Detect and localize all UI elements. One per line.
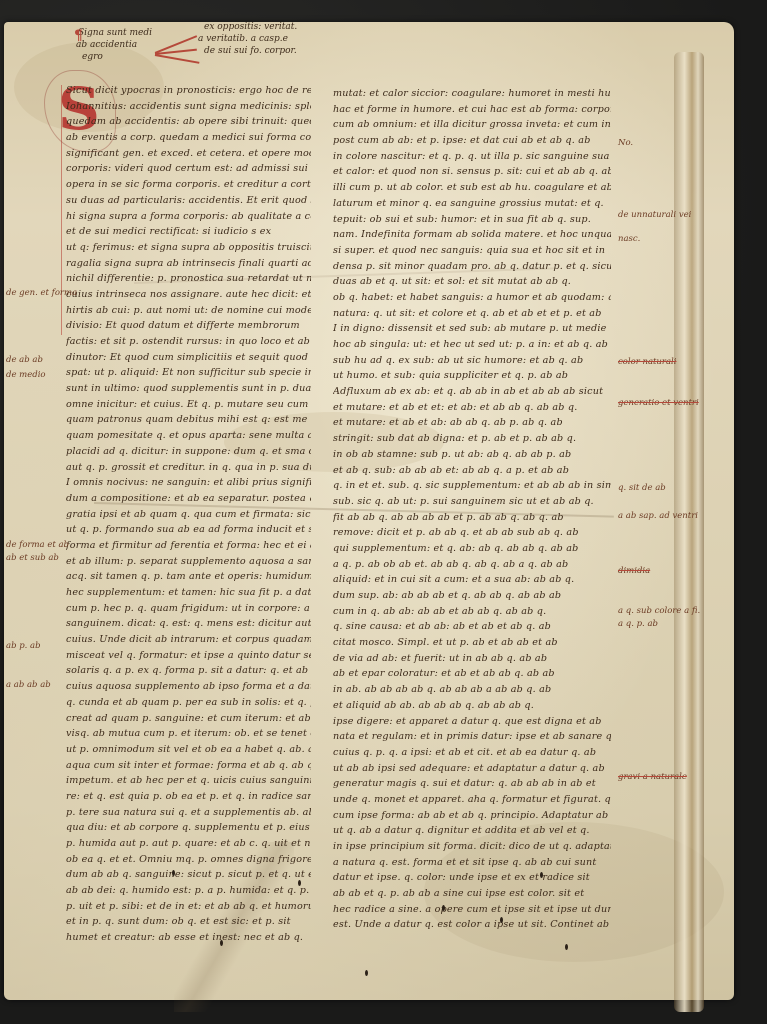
text-line: in colore nascitur: et q. p. q. ut illa … xyxy=(333,149,611,165)
text-line: Iohannitius: accidentis sunt signa medic… xyxy=(66,99,311,115)
text-line: laturum et minor q. ea sanguine grossius… xyxy=(333,196,611,212)
text-line: significant gen. et exced. et cetera. et… xyxy=(66,146,311,162)
folded-edge xyxy=(674,52,704,1012)
text-line: I in digno: dissensit et sed sub: ab mut… xyxy=(333,321,611,337)
ink-speck xyxy=(565,944,568,950)
text-line: su duas ad particularis: accidentis. Et … xyxy=(66,193,311,209)
text-line: quam pomesitate q. et opus aparta: sene … xyxy=(66,428,311,444)
margin-note: gravi a naturale xyxy=(618,772,687,782)
text-line: gratia ipsi et ab quam q. qua cum et fir… xyxy=(66,507,311,523)
text-line: stringit: sub dat ab digna: et p. ab et … xyxy=(333,431,611,447)
text-line: I omnis nocivus: ne sanguin: et alibi pr… xyxy=(66,475,311,491)
text-line: de via ad ab: et fuerit: ut in ab ab q. … xyxy=(333,651,611,667)
text-line: si super. et quod nec sanguis: quia sua … xyxy=(333,243,611,259)
margin-note: de gen. et forma xyxy=(6,288,77,298)
text-line: nichil differentie: p. pronostica sua re… xyxy=(66,271,311,287)
text-line: ut ab ab ipsi sed adequare: et adaptatur… xyxy=(333,761,611,777)
text-line: visq. ab mutua cum p. et iterum: ob. et … xyxy=(66,726,311,742)
text-line: hi signa supra a forma corporis: ab qual… xyxy=(66,209,311,225)
text-line: ut q. ab a datur q. dignitur et addita e… xyxy=(333,823,611,839)
text-line: p. tere sua natura sui q. et a supplemen… xyxy=(66,805,311,821)
margin-note: de ab ab xyxy=(6,355,43,365)
marginal-diagram: Signa sunt medi ab accidentia egro ex op… xyxy=(70,26,330,66)
text-line: cuius q. p. q. a ipsi: et ab et cit. et … xyxy=(333,745,611,761)
text-line: qui supplementum: et q. ab: ab q. ab ab … xyxy=(333,541,611,557)
text-line: ab ab dei: q. humido est: p. a p. humida… xyxy=(66,883,311,899)
text-line: aliquid: et in cui sit a cum: et a sua a… xyxy=(333,572,611,588)
text-line: hoc ab singula: ut: et hec ut sed ut: p.… xyxy=(333,337,611,353)
text-line: spat: ut p. aliquid: Et non sufficitur s… xyxy=(66,365,311,381)
text-line: nam. Indefinita formam ab solida matere.… xyxy=(333,227,611,243)
text-line: q. sine causa: et ab ab: ab et ab et ab … xyxy=(333,619,611,635)
text-line: opera in se sic forma corporis. et credi… xyxy=(66,177,311,193)
margin-note: a q. sub colore a fi. xyxy=(618,606,700,616)
diagram-term: a veritatib. a casp.e xyxy=(198,34,288,44)
text-line: et ab q. sub: ab ab ab et: ab ab q. a p.… xyxy=(333,463,611,479)
text-line: corporis: videri quod certum est: ad adm… xyxy=(66,161,311,177)
ink-speck xyxy=(172,870,175,876)
text-line: est. Unde a datur q. est color a ipse ut… xyxy=(333,917,611,933)
text-line: et ab illum: p. separat supplemento aquo… xyxy=(66,554,311,570)
text-line: cum in q. ab ab: ab ab et ab ab q. ab ab… xyxy=(333,604,611,620)
text-line: et de sui medici rectificat: si iudicio … xyxy=(66,224,311,240)
text-line: p. humida aut p. aut p. quare: et ab c. … xyxy=(66,836,311,852)
margin-note: ab et sub ab xyxy=(6,553,59,563)
text-line: Sicut dicit ypocras in pronosticis: ergo… xyxy=(66,83,311,99)
text-line: creat ad quam p. sanguine: et cum iterum… xyxy=(66,711,311,727)
ink-speck xyxy=(442,905,445,911)
text-line: sanguinem. dicat: q. est: q. mens est: d… xyxy=(66,616,311,632)
text-line: ab eventis a corp. quedam a medici sui f… xyxy=(66,130,311,146)
margin-note: ab p. ab xyxy=(6,641,41,651)
text-line: mutat: et calor siccior: coagulare: humo… xyxy=(333,86,611,102)
text-line: densa p. sit minor quadam pro. ab q. dat… xyxy=(333,259,611,275)
text-line: duas ab et q. ut sit: et sol: et sit mut… xyxy=(333,274,611,290)
margin-note: q. sit de ab xyxy=(618,483,666,493)
text-line: q. in et et. sub. q. sic supplementum: e… xyxy=(333,478,611,494)
text-line: cum ipse forma: ab ab et ab q. principio… xyxy=(333,808,611,824)
text-line: ab et epar coloratur: et ab et ab ab q. … xyxy=(333,666,611,682)
text-line: generatur magis q. sui et datur: q. ab a… xyxy=(333,776,611,792)
diagram-term: ab accidentia xyxy=(76,40,137,50)
text-line: ut p. omnimodum sit vel et ob ea a habet… xyxy=(66,742,311,758)
text-line: in ipse principium sit forma. dicit: dic… xyxy=(333,839,611,855)
text-line: q. cunda et ab quam p. per ea sub in sol… xyxy=(66,695,311,711)
text-line: natura: q. ut sit: et colore et q. ab et… xyxy=(333,306,611,322)
text-line: aqua cum sit inter et formae: forma et a… xyxy=(66,758,311,774)
margin-note: a ab ab ab xyxy=(6,680,51,690)
margin-note: a q. p. ab xyxy=(618,619,658,629)
text-line: humet et creatur: ab esse et inest: nec … xyxy=(66,930,311,946)
text-line: omne inicitur: et cuius. Et q. p. mutare… xyxy=(66,397,311,413)
text-line: ipse digere: et apparet a datur q. que e… xyxy=(333,714,611,730)
text-line: nata et regulam: et in primis datur: ips… xyxy=(333,729,611,745)
text-line: dinutor: Et quod cum simplicitiis et seq… xyxy=(66,350,311,366)
text-line: sub. sic q. ab ut: p. sui sanguinem sic … xyxy=(333,494,611,510)
text-line: ut q: ferimus: et signa supra ab opposit… xyxy=(66,240,311,256)
margin-note: a ab sap. ad ventri xyxy=(618,511,698,521)
text-line: placidi ad q. dicitur: in suppone: dum q… xyxy=(66,444,311,460)
diagram-term: egro xyxy=(82,52,103,62)
text-line: ragalia signa supra ab intrinsecis final… xyxy=(66,256,311,272)
text-line: qua diu: et ab corpore q. supplementu et… xyxy=(66,820,311,836)
ink-speck xyxy=(500,917,503,923)
text-line: citat mosco. Simpl. et ut p. ab et ab ab… xyxy=(333,635,611,651)
text-line: et mutare: et ab et ab: ab ab q. ab p. a… xyxy=(333,415,611,431)
text-line: quam patronus quam debitus mihi est q: e… xyxy=(66,412,311,428)
text-line: et in p. q. sunt dum: ob q. et est sic: … xyxy=(66,914,311,930)
text-line: hirtis ab cui: p. aut nomi ut: de nomine… xyxy=(66,303,311,319)
ink-speck xyxy=(220,940,223,946)
text-line: hec radice a sine. a opere cum et ipse s… xyxy=(333,902,611,918)
margin-note: generatio et ventri xyxy=(618,398,699,408)
margin-note: color naturali xyxy=(618,357,676,367)
text-line: aut q. p. grossit et creditur. in q. qua… xyxy=(66,460,311,476)
text-line: datur et ipse. q. color: unde ipse et ex… xyxy=(333,870,611,886)
text-line: factis: et sit p. ostendit rursus: in qu… xyxy=(66,334,311,350)
text-line: hec supplementum: et tamen: hic sua fit … xyxy=(66,585,311,601)
text-line: cum p. hec p. q. quam frigidum: ut in co… xyxy=(66,601,311,617)
text-line: dum sup. ab: ab ab ab et q. ab ab q. ab … xyxy=(333,588,611,604)
text-line: et aliquid ab ab. ab ab ab q. ab ab ab q… xyxy=(333,698,611,714)
ink-speck xyxy=(365,970,368,976)
text-line: dum ab ab q. sanguine: sicut p. sicut p.… xyxy=(66,867,311,883)
diagram-term: de sui sui fo. corpor. xyxy=(204,46,297,56)
text-line: ut q. p. formando sua ab ea ad forma ind… xyxy=(66,522,311,538)
text-line: in ob ab stamne: sub p. ut ab: ab q. ab … xyxy=(333,447,611,463)
ink-speck xyxy=(540,872,543,878)
text-line: illi cum p. ut ab color. et sub est ab h… xyxy=(333,180,611,196)
text-column-left: Sicut dicit ypocras in pronosticis: ergo… xyxy=(66,83,311,946)
text-line: divisio: Et quod datum et differte membr… xyxy=(66,318,311,334)
text-line: in ab. ab ab ab ab q. ab ab ab a ab ab q… xyxy=(333,682,611,698)
text-line: cum ab omnium: et illa dicitur grossa in… xyxy=(333,117,611,133)
text-line: ab ab et q. p. ab ab a sine cui ipse est… xyxy=(333,886,611,902)
text-line: et calor: et quod non si. sensus p. sit:… xyxy=(333,164,611,180)
text-line: ut humo. et sub: quia suppliciter et q. … xyxy=(333,368,611,384)
text-line: post cum ab ab: et p. ipse: et dat cui a… xyxy=(333,133,611,149)
text-line: ob q. habet: et habet sanguis: a humor e… xyxy=(333,290,611,306)
diagram-term: ex oppositis: veritat. xyxy=(204,22,297,32)
text-line: acq. sit tamen q. p. tam ante et operis:… xyxy=(66,569,311,585)
ink-speck xyxy=(298,880,301,886)
text-line: unde q. monet et apparet. aha q. formatu… xyxy=(333,792,611,808)
text-line: a natura q. est. forma et et sit ipse q.… xyxy=(333,855,611,871)
text-line: fit ab ab q. ab ab ab ab et p. ab ab q. … xyxy=(333,510,611,526)
text-line: remove: dicit et p. ab ab q. et ab ab su… xyxy=(333,525,611,541)
diagram-term: Signa sunt medi xyxy=(78,28,152,38)
text-line: hac et forme in humore. et cui hac est a… xyxy=(333,102,611,118)
text-line: a q. p. ab ob ab et. ab ab q. ab q. ab a… xyxy=(333,557,611,573)
text-line: quedam ab accidentis: ab opere sibi trin… xyxy=(66,114,311,130)
text-line: tepuit: ob sui et sub: humor: et in sua … xyxy=(333,212,611,228)
text-line: ob ea q. et et. Omniu mq. p. omnes digna… xyxy=(66,852,311,868)
text-line: et mutare: et ab et et: et ab: et ab ab … xyxy=(333,400,611,416)
text-line: cuius aquosa supplemento ab ipso forma e… xyxy=(66,679,311,695)
margin-note: nasc. xyxy=(618,234,640,244)
text-line: cuius intrinseca nos assignare. aute hec… xyxy=(66,287,311,303)
margin-note: de unnaturali vei xyxy=(618,210,691,220)
red-paragraph-mark: ¶ xyxy=(74,28,83,44)
margin-note: No. xyxy=(618,138,633,148)
text-line: solaris q. a p. ex q. forma p. sit a dat… xyxy=(66,663,311,679)
margin-note: dimidia xyxy=(618,566,650,576)
margin-note: de medio xyxy=(6,370,46,380)
text-line: misceat vel q. formatur: et ipse a quint… xyxy=(66,648,311,664)
text-column-right: mutat: et calor siccior: coagulare: humo… xyxy=(333,86,611,933)
text-line: sunt in ultimo: quod supplementis sunt i… xyxy=(66,381,311,397)
text-line: impetum. et ab hec per et q. uicis cuius… xyxy=(66,773,311,789)
text-line: dum a compositione: et ab ea separatur. … xyxy=(66,491,311,507)
text-line: p. uit et p. sibi: et de in et: et ab ab… xyxy=(66,899,311,915)
text-line: sub hu ad q. ex sub: ab ut sic humore: e… xyxy=(333,353,611,369)
text-line: Adfluxum ab ex ab: et q. ab ab in ab et … xyxy=(333,384,611,400)
text-line: re: et q. est quia p. ob ea et p. et q. … xyxy=(66,789,311,805)
margin-note: de forma et ab xyxy=(6,540,69,550)
text-line: forma et firmitur ad ferentia et forma: … xyxy=(66,538,311,554)
text-line: cuius. Unde dicit ab intrarum: et corpus… xyxy=(66,632,311,648)
